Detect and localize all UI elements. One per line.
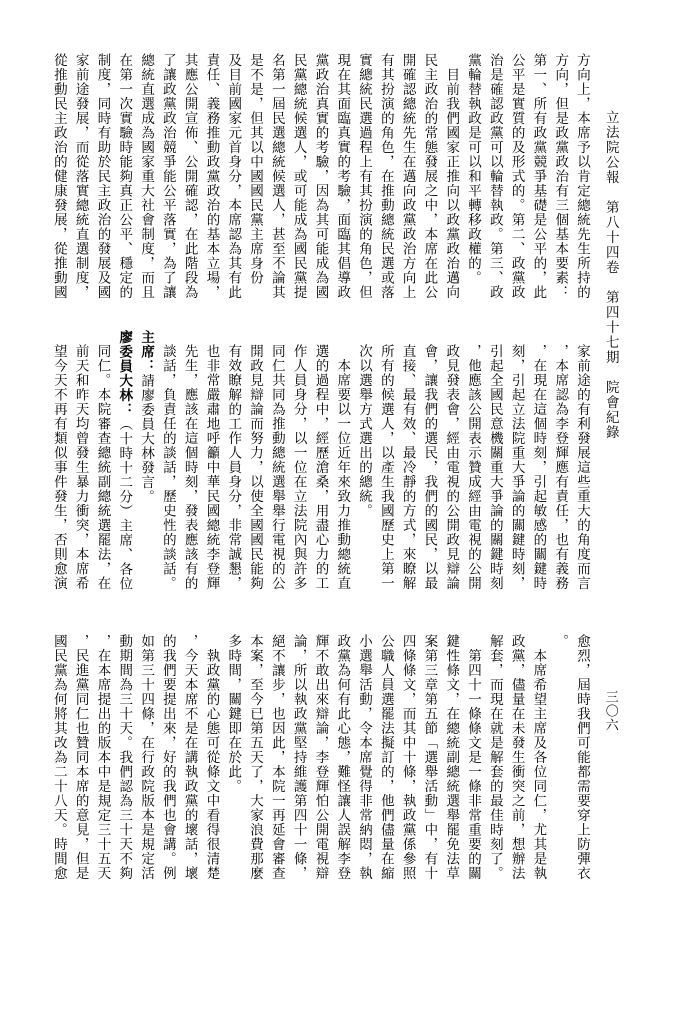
text-column: 了讓政黨政治競爭能公平落實，為了讓: [156, 39, 178, 311]
text-column: 次以選舉方式選出的總統。: [352, 330, 374, 602]
text-column: 先生，應該在這個時刻，發表應該有的: [178, 330, 200, 602]
text-column: 解套，而現在就是解套的最佳時刻了。: [483, 620, 505, 892]
text-column: 實總統民選過程上有其扮演的角色，但: [352, 39, 374, 311]
text-column: 引起全國民意機關重大爭論的關鍵時刻: [483, 330, 505, 602]
text-column: 名第一屆民選總統候選人，甚至不論其: [265, 39, 287, 311]
text-column: ，在現在這個時刻，引起敏感的關鍵時: [527, 330, 549, 602]
text-column: 如第三十四條，在行政院版本是規定活: [134, 620, 156, 892]
text-column: 家前途的有利發展這些重大的角度而言: [570, 330, 592, 602]
text-column: 治是確認政黨可以輪替執政。第三、政: [483, 39, 505, 311]
text-column: 在第一次實驗時能夠真正公平、穩定的: [112, 39, 134, 311]
gazette-page: { "header": { "title": "立法院公報", "volume"…: [0, 0, 673, 1024]
speaker-name: 廖委員大林：: [116, 330, 132, 417]
text-column: 也非常嚴肅地呼籲中華民國總統李登輝: [200, 330, 222, 602]
text-column: 選的過程中，經歷滄桑，用盡心力的工: [309, 330, 331, 602]
text-column: 動期間為三十天。我們認為三十天不夠: [112, 620, 134, 892]
publication-title: 立法院公報: [603, 110, 619, 185]
text-column: ，在本席提出的版本中是規定三十五天: [91, 620, 113, 892]
text-column: 小選舉活動，令本席覺得非常納悶，執: [352, 620, 374, 892]
text-column: 多時間，關鍵即在於此。: [221, 620, 243, 892]
text-column: 開政見辯論而努力，以使全國國民能夠: [243, 330, 265, 602]
text-column: 公平是實質的及形式的。第二、政黨政: [505, 39, 527, 311]
issue-number: 第四十七期: [603, 275, 619, 365]
speech-text: 請廖委員大林發言。: [138, 373, 154, 504]
text-column: 國民黨為何將其改為二十八天。時間愈: [47, 620, 69, 892]
text-column: 直接、最有效、最冷靜的方式，來瞭解: [396, 330, 418, 602]
text-column: 政黨，儘量在未發生衝突之前，想辦法: [505, 620, 527, 892]
text-column: 民主政治的常態發展之中，本席在此公: [418, 39, 440, 311]
text-column: 現在其面臨真實的考驗，面臨其倡導政: [330, 39, 352, 311]
text-column: 輝不敢出來辯論，李登輝怕公開電視辯: [309, 620, 331, 892]
text-column: 同仁共同為推動總統選舉舉行電視的公: [265, 330, 287, 602]
text-column: 本席希望主席及各位同仁，尤其是執: [527, 620, 549, 892]
text-column: 望今天不再有類似事件發生，否則愈演: [47, 330, 69, 602]
speaker-column: 廖委員大林：（十時十二分）主席、各位: [112, 330, 134, 602]
text-column: 目前我們國家正推向以政黨政治邁向: [439, 39, 461, 311]
text-column: 前天和昨天均曾發生暴力衝突，本席希: [69, 330, 91, 602]
text-column: 公職人員選罷法擬訂的，他們儘量在縮: [374, 620, 396, 892]
running-header: 立法院公報第八十四卷第四十七期院會紀錄: [599, 110, 621, 440]
text-column: 民黨總統候選人，或可能成為國民黨提: [287, 39, 309, 311]
text-column: ，今天本席不是在講執政黨的壞話，壞: [178, 620, 200, 892]
text-column: 執政黨的心態可從條文中看得很清楚: [200, 620, 222, 892]
text-column: 政黨為何有此心態，難怪讓人誤解李登: [330, 620, 352, 892]
text-column: 方向，但是政黨政治有三個基本要素：: [548, 39, 570, 311]
text-column: 所有的候選人，以產生我國歷史上第一: [374, 330, 396, 602]
text-column: 第一、所有政黨競爭基礎是公平的，此: [527, 39, 549, 311]
speaker-column: 主席：請廖委員大林發言。: [134, 330, 156, 602]
text-column: 及目前國家元首身分，本席認為其有此: [221, 39, 243, 311]
text-column: 是不是，但其以中國國民黨主席身份: [243, 39, 265, 311]
text-column: 從推動民主政治的健康發展，從推動國: [47, 39, 69, 311]
text-column: 論，所以執政黨堅持維護第四十一條，: [287, 620, 309, 892]
text-column: 本席要以一位近年來致力推動總統直: [330, 330, 352, 602]
text-column: 。: [548, 620, 570, 892]
upper-tier: 方向上，本席予以肯定總統先生所持的 方向，但是政黨政治有三個基本要素： 第一、所…: [47, 39, 592, 311]
text-column: 家前途發展，而從落實總統直選制度，: [69, 39, 91, 311]
text-column: 方向上，本席予以肯定總統先生所持的: [570, 39, 592, 311]
text-column: 第四十一條條文是一條非常重要的關: [461, 620, 483, 892]
text-column: ，民進黨同仁也贊同本席的意見，但是: [69, 620, 91, 892]
volume-number: 第八十四卷: [603, 185, 619, 275]
text-column: 其應公開宣佈、公開確認，在此階段為: [178, 39, 200, 311]
lower-tier: 愈烈，屆時我們可能都需要穿上防彈衣 。 本席希望主席及各位同仁，尤其是執 政黨，…: [47, 620, 592, 892]
text-column: 開確認總統先生在邁向政黨政治方向上: [396, 39, 418, 311]
text-column: 談話，負責任的談話，歷史性的談話。: [156, 330, 178, 602]
text-column: 黨輪替執政是可以和平轉移政權的。: [461, 39, 483, 311]
text-column: 同仁。本院審查總統副總統選罷法，在: [91, 330, 113, 602]
text-column: 的我們要提出來，好的我們也會講。例: [156, 620, 178, 892]
text-column: ，本席認為李登輝應有責任，也有義務: [548, 330, 570, 602]
page-number: 三〇六: [599, 690, 621, 732]
middle-tier: 家前途的有利發展這些重大的角度而言 ，本席認為李登輝應有責任，也有義務 ，在現在…: [47, 330, 592, 602]
text-column: 責任、義務推動政黨政治的基本立場，: [200, 39, 222, 311]
text-column: 有效瞭解的工作人員身分，非常誠懇，: [221, 330, 243, 602]
text-column: 鍵性條文，在總統副總統選舉罷免法草: [439, 620, 461, 892]
text-column: 刻，引起立法院重大爭論的關鍵時刻，: [505, 330, 527, 602]
speech-text: （十時十二分）主席、各位: [116, 417, 132, 591]
text-column: 案第三章第五節「選舉活動」中，有十: [418, 620, 440, 892]
text-column: 本案，至今已第五天了，大家浪費那麼: [243, 620, 265, 892]
text-column: 會，讓我們的選民，我們的國民，以最: [418, 330, 440, 602]
text-column: 四條條文，而其中十條，執政黨係參照: [396, 620, 418, 892]
text-column: 總統直選成為國家重大社會制度，而且: [134, 39, 156, 311]
text-column: 愈烈，屆時我們可能都需要穿上防彈衣: [570, 620, 592, 892]
text-column: ，他應該公開表示贊成經由電視的公開: [461, 330, 483, 602]
text-column: 絕不讓步，也因此，本院一再延會審查: [265, 620, 287, 892]
section-name: 院會紀錄: [603, 365, 619, 440]
text-column: 制度，同時有助於民主政治的發展及國: [91, 39, 113, 311]
text-column: 作人員身分，以一位在立法院內與許多: [287, 330, 309, 602]
text-column: 政見發表會，經由電視的公開政見辯論: [439, 330, 461, 602]
text-column: 有其扮演的角色，在推動總統民選或落: [374, 39, 396, 311]
speaker-name: 主席：: [138, 330, 154, 374]
text-column: 黨政治真實的考驗，因為其可能成為國: [309, 39, 331, 311]
